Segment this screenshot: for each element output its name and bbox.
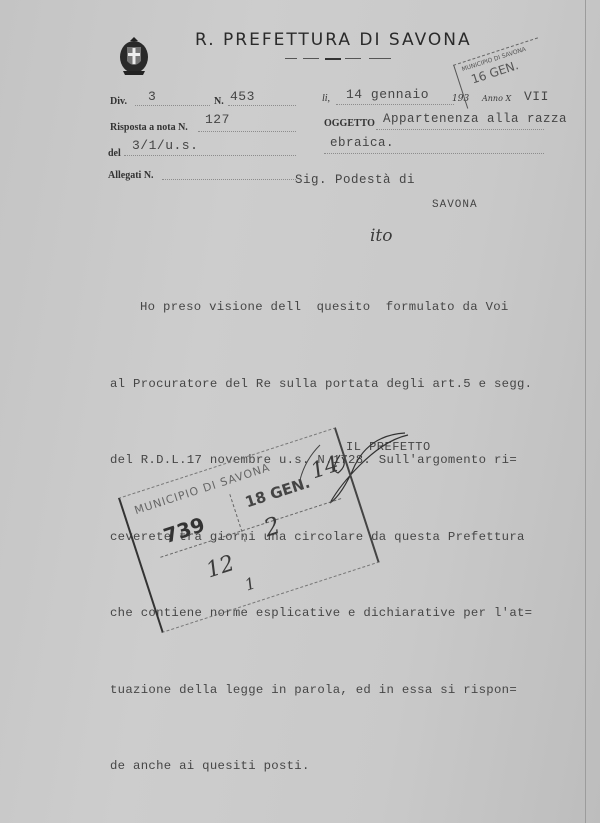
body-line: al Procuratore del Re sulla portata degl…	[110, 372, 532, 398]
del-value: 3/1/u.s.	[132, 138, 198, 153]
page-edge	[585, 0, 586, 823]
body-line: Ho preso visione dell quesito formulato …	[110, 295, 532, 321]
number-underline	[228, 104, 296, 106]
div-value: 3	[148, 89, 156, 104]
date-prefix: li,	[322, 93, 330, 104]
document-page: R. PREFETTURA DI SAVONA Div. 3 N. 453 li…	[0, 0, 600, 823]
number-label: N.	[214, 96, 224, 107]
handwritten-correction: ito	[370, 226, 393, 246]
date-value: 14 gennaio	[346, 87, 429, 102]
number-value: 453	[230, 89, 255, 104]
subject-label: OGGETTO	[324, 118, 375, 129]
del-label: del	[108, 148, 121, 159]
protocol-hand-left: 12	[203, 551, 237, 583]
subject-underline-2	[324, 152, 544, 154]
body-line: tuazione della legge in parola, ed in es…	[110, 678, 532, 704]
year-roman: VII	[524, 89, 549, 104]
div-label: Div.	[110, 96, 127, 107]
del-underline	[124, 154, 296, 156]
protocol-hand-bottom: 1	[242, 573, 258, 594]
date-underline	[336, 103, 454, 105]
title-ornament	[285, 58, 395, 60]
subject-line-1: Appartenenza alla razza	[383, 112, 567, 126]
protocol-hand-mid: 2	[260, 511, 283, 542]
reply-underline	[198, 130, 296, 132]
letterhead-title: R. PREFETTURA DI SAVONA	[195, 30, 472, 50]
recipient-line-2: SAVONA	[432, 199, 478, 211]
allegati-underline	[162, 178, 296, 180]
subject-line-2: ebraica.	[330, 136, 394, 150]
div-underline	[135, 104, 210, 106]
subject-underline-1	[376, 128, 544, 130]
allegati-label: Allegati N.	[108, 170, 154, 181]
reply-label: Risposta a nota N.	[110, 122, 188, 133]
reply-value: 127	[205, 112, 230, 127]
coat-of-arms-icon	[117, 35, 151, 77]
protocol-hand-top: 14	[308, 452, 342, 484]
recipient-line-1: Sig. Podestà di	[295, 173, 415, 187]
body-line: de anche ai quesiti posti.	[110, 754, 532, 780]
